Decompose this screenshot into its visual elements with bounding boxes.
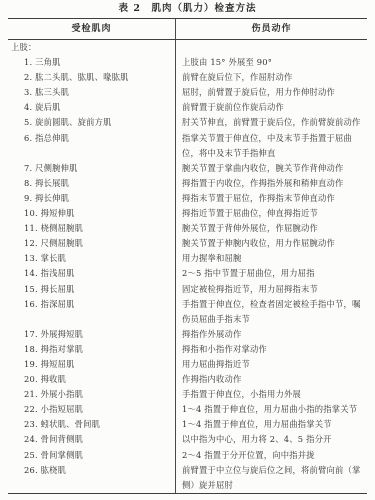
muscle-cell: 14. 指浅屈肌	[8, 266, 176, 281]
muscle-cell: 24. 骨间背侧肌	[8, 432, 176, 447]
table-row: 10. 拇短伸肌 拇指近节置于屈曲位，伸直拇指近节	[8, 206, 367, 221]
table-row: 16. 指深屈肌 手指置于伸直位，检查者固定被检手指中节，嘱伤员屈曲手指末节	[8, 297, 367, 327]
action-cell	[176, 40, 367, 55]
table-row: 14. 指浅屈肌 2～5 指中节置于屈曲位，用力屈指	[8, 266, 367, 281]
action-cell: 上肢由 15° 外展至 90°	[176, 55, 367, 70]
muscle-cell: 2. 肱二头肌、肱肌、喙肱肌	[8, 70, 176, 85]
table-row: 9. 拇长伸肌 拇指末节置于屈位，作拇指末节伸直动作	[8, 191, 367, 206]
table-header-row: 受检肌肉 伤员动作	[8, 19, 367, 40]
table-row: 24. 骨间背侧肌 以中指为中心，用力将 2、4、5 指分开	[8, 432, 367, 447]
muscle-cell: 8. 拇长展肌	[8, 176, 176, 191]
muscle-cell: 12. 尺侧屈腕肌	[8, 236, 176, 251]
muscle-cell: 25. 骨间掌侧肌	[8, 448, 176, 463]
table-row: 2. 肱二头肌、肱肌、喙肱肌 前臂在旋后位下，作屈肘动作	[8, 70, 367, 85]
muscle-cell: 7. 尺侧腕伸肌	[8, 161, 176, 176]
table-body: 上肢： 1. 三角肌 上肢由 15° 外展至 90° 2. 肱二头肌、肱肌、喙肱…	[8, 40, 367, 493]
table-row: 11. 桡侧屈腕肌 腕关节置于背伸外展位，作屈腕动作	[8, 221, 367, 236]
action-cell: 2～4 指置于分开位置，向中指并拢	[176, 448, 367, 463]
action-cell: 腕关节置于掌曲内收位，腕关节作背伸动作	[176, 161, 367, 176]
action-cell: 腕关节置于伸腕内收位，用力作屈腕动作	[176, 236, 367, 251]
action-cell: 1～4 指置于伸直位，用力屈曲小指的指掌关节	[176, 402, 367, 417]
table-row: 19. 拇短屈肌 用力屈曲拇指近节	[8, 357, 367, 372]
muscle-cell: 5. 旋前圆肌、旋前方肌	[8, 115, 176, 130]
muscle-cell: 26. 肱桡肌	[8, 463, 176, 493]
muscle-cell: 18. 拇指对掌肌	[8, 342, 176, 357]
column-header-muscle: 受检肌肉	[8, 19, 176, 39]
action-cell: 前臂在旋后位下，作屈肘动作	[176, 70, 367, 85]
action-cell: 拇指近节置于屈曲位，伸直拇指近节	[176, 206, 367, 221]
action-cell: 肘关节伸直，前臂置于旋后位，作前臂旋前动作	[176, 115, 367, 130]
muscle-cell: 23. 蚓状肌、骨间肌	[8, 417, 176, 432]
action-cell: 前臂置于中立位与旋后位之间，将前臂向前（掌侧）旋并屈肘	[176, 463, 367, 493]
table-row: 7. 尺侧腕伸肌 腕关节置于掌曲内收位，腕关节作背伸动作	[8, 161, 367, 176]
muscle-cell: 17. 外展拇短肌	[8, 327, 176, 342]
action-cell: 手指置于伸直位，小指用力外展	[176, 387, 367, 402]
muscle-cell: 20. 拇收肌	[8, 372, 176, 387]
table-row: 17. 外展拇短肌 拇指作外展动作	[8, 327, 367, 342]
action-cell: 腕关节置于背伸外展位，作屈腕动作	[176, 221, 367, 236]
muscle-cell: 15. 拇长屈肌	[8, 282, 176, 297]
muscle-cell: 13. 掌长肌	[8, 251, 176, 266]
action-cell: 拇指和小指作对掌动作	[176, 342, 367, 357]
section-row: 上肢：	[8, 40, 367, 55]
table-row: 22. 小指短屈肌 1～4 指置于伸直位，用力屈曲小指的指掌关节	[8, 402, 367, 417]
table-row: 13. 掌长肌 用力握拳和屈腕	[8, 251, 367, 266]
muscle-cell: 1. 三角肌	[8, 55, 176, 70]
action-cell: 拇指作外展动作	[176, 327, 367, 342]
action-cell: 1～4 指置于伸直位，用力屈曲指掌关节	[176, 417, 367, 432]
table-row: 1. 三角肌 上肢由 15° 外展至 90°	[8, 55, 367, 70]
table-title: 表 2 肌肉（肌力）检查方法	[8, 3, 367, 15]
action-cell: 固定被检拇指近节，用力屈拇指末节	[176, 282, 367, 297]
muscle-cell: 9. 拇长伸肌	[8, 191, 176, 206]
section-label: 上肢：	[8, 40, 176, 55]
muscle-cell: 4. 旋后肌	[8, 100, 176, 115]
action-cell: 屈肘，前臂置于旋后位，用力作伸肘动作	[176, 85, 367, 100]
table-row: 20. 拇收肌 作拇指内收动作	[8, 372, 367, 387]
table-row: 6. 指总伸肌 指掌关节置于伸直位，中及末节手指置于屈曲位，将中及末节手指伸直	[8, 131, 367, 161]
action-cell: 以中指为中心，用力将 2、4、5 指分开	[176, 432, 367, 447]
table-row: 15. 拇长屈肌 固定被检拇指近节，用力屈拇指末节	[8, 282, 367, 297]
muscle-cell: 11. 桡侧屈腕肌	[8, 221, 176, 236]
action-cell: 用力屈曲拇指近节	[176, 357, 367, 372]
table-row: 5. 旋前圆肌、旋前方肌 肘关节伸直，前臂置于旋后位，作前臂旋前动作	[8, 115, 367, 130]
muscle-cell: 16. 指深屈肌	[8, 297, 176, 327]
action-cell: 指掌关节置于伸直位，中及末节手指置于屈曲位，将中及末节手指伸直	[176, 131, 367, 161]
muscle-cell: 3. 肱三头肌	[8, 85, 176, 100]
table-row: 3. 肱三头肌 屈肘，前臂置于旋后位，用力作伸肘动作	[8, 85, 367, 100]
action-cell: 作拇指内收动作	[176, 372, 367, 387]
action-cell: 拇指末节置于屈位，作拇指末节伸直动作	[176, 191, 367, 206]
table-row: 8. 拇长展肌 拇指置于内收位，作拇指外展和稍伸直动作	[8, 176, 367, 191]
examination-table: 受检肌肉 伤员动作 上肢： 1. 三角肌 上肢由 15° 外展至 90° 2. …	[8, 18, 367, 494]
document-page: 表 2 肌肉（肌力）检查方法 受检肌肉 伤员动作 上肢： 1. 三角肌 上肢由 …	[0, 0, 375, 494]
muscle-cell: 19. 拇短屈肌	[8, 357, 176, 372]
action-cell: 前臂置于旋前位作旋后动作	[176, 100, 367, 115]
table-row: 12. 尺侧屈腕肌 腕关节置于伸腕内收位，用力作屈腕动作	[8, 236, 367, 251]
action-cell: 手指置于伸直位，检查者固定被检手指中节，嘱伤员屈曲手指末节	[176, 297, 367, 327]
action-cell: 拇指置于内收位，作拇指外展和稍伸直动作	[176, 176, 367, 191]
table-row: 25. 骨间掌侧肌 2～4 指置于分开位置，向中指并拢	[8, 448, 367, 463]
muscle-cell: 10. 拇短伸肌	[8, 206, 176, 221]
table-row: 18. 拇指对掌肌 拇指和小指作对掌动作	[8, 342, 367, 357]
action-cell: 2～5 指中节置于屈曲位，用力屈指	[176, 266, 367, 281]
table-row: 4. 旋后肌 前臂置于旋前位作旋后动作	[8, 100, 367, 115]
action-cell: 用力握拳和屈腕	[176, 251, 367, 266]
muscle-cell: 22. 小指短屈肌	[8, 402, 176, 417]
table-row: 23. 蚓状肌、骨间肌 1～4 指置于伸直位，用力屈曲指掌关节	[8, 417, 367, 432]
table-row: 26. 肱桡肌 前臂置于中立位与旋后位之间，将前臂向前（掌侧）旋并屈肘	[8, 463, 367, 493]
muscle-cell: 6. 指总伸肌	[8, 131, 176, 161]
column-header-action: 伤员动作	[176, 19, 367, 39]
muscle-cell: 21. 外展小指肌	[8, 387, 176, 402]
table-row: 21. 外展小指肌 手指置于伸直位，小指用力外展	[8, 387, 367, 402]
